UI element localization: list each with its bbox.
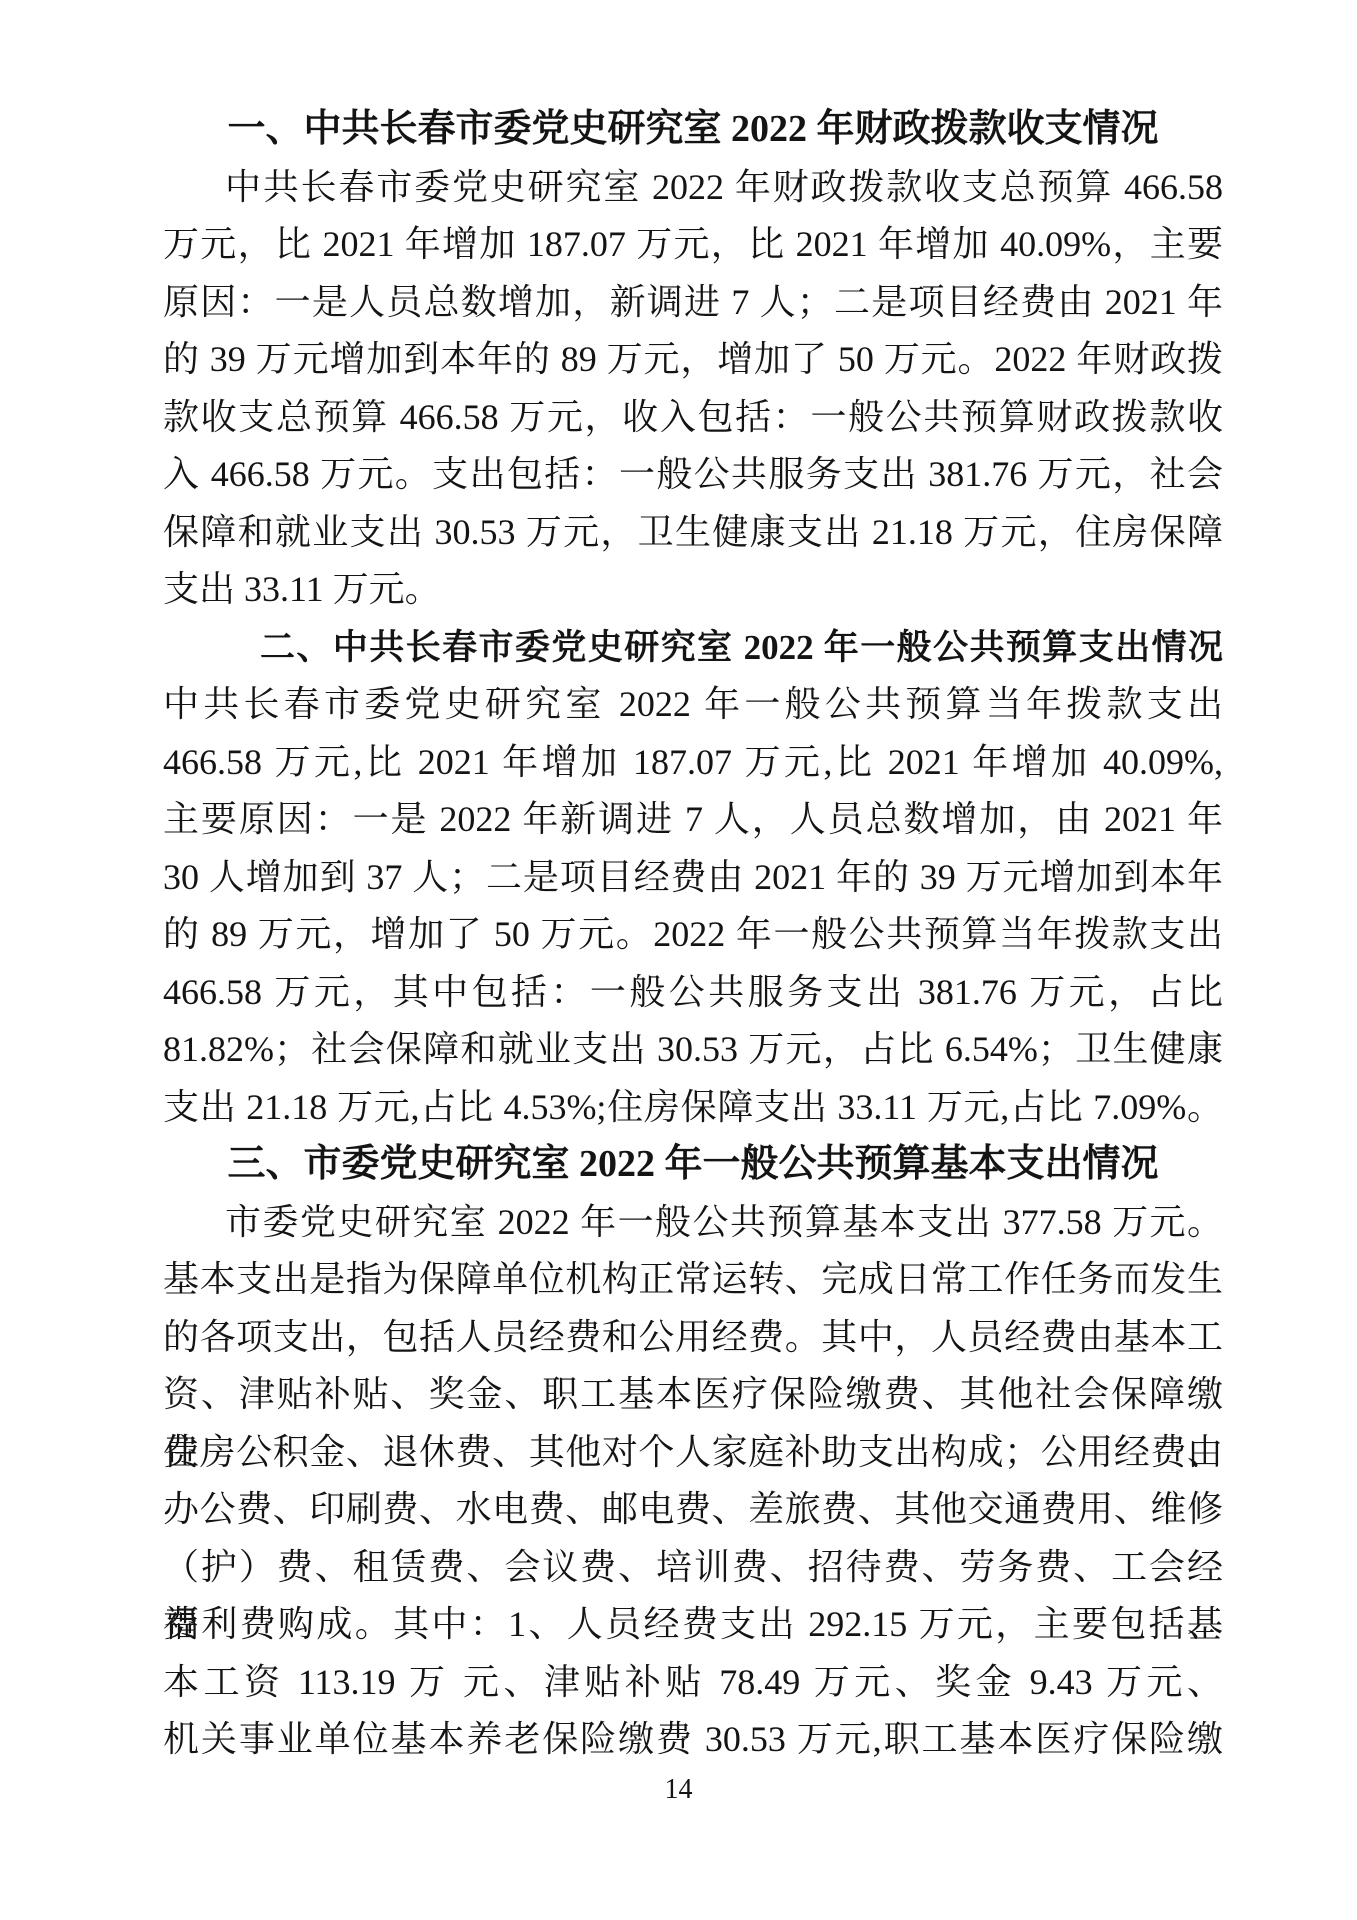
text-line: 支出 21.18 万元,占比 4.53%;住房保障支出 33.11 万元,占比 …	[163, 1079, 1223, 1137]
section-1-heading: 一、中共长春市委党史研究室 2022 年财政拨款收支情况	[163, 101, 1223, 159]
section-2-heading: 二、中共长春市委党史研究室 2022 年一般公共预算支出情况	[163, 619, 1223, 677]
text-line: 30 人增加到 37 人；二是项目经费由 2021 年的 39 万元增加到本年	[163, 849, 1223, 907]
text-line: 入 466.58 万元。支出包括：一般公共服务支出 381.76 万元，社会	[163, 446, 1223, 504]
text-line: 中共长春市委党史研究室 2022 年财政拨款收支总预算 466.58	[163, 159, 1223, 217]
text-line: 本工资 113.19 万 元、津贴补贴 78.49 万元、奖金 9.43 万元、	[163, 1654, 1223, 1712]
text-line: （护）费、租赁费、会议费、培训费、招待费、劳务费、工会经费、	[163, 1539, 1223, 1597]
text-line: 保障和就业支出 30.53 万元，卫生健康支出 21.18 万元，住房保障	[163, 504, 1223, 562]
text-line: 主要原因：一是 2022 年新调进 7 人，人员总数增加，由 2021 年	[163, 791, 1223, 849]
text-line: 的 89 万元，增加了 50 万元。2022 年一般公共预算当年拨款支出	[163, 906, 1223, 964]
text-line: 福利费购成。其中：1、人员经费支出 292.15 万元，主要包括基	[163, 1596, 1223, 1654]
text-line: 办公费、印刷费、水电费、邮电费、差旅费、其他交通费用、维修	[163, 1481, 1223, 1539]
text-line: 的 39 万元增加到本年的 89 万元，增加了 50 万元。2022 年财政拨	[163, 331, 1223, 389]
page-content: 一、中共长春市委党史研究室 2022 年财政拨款收支情况 中共长春市委党史研究室…	[163, 101, 1223, 1769]
text-line: 原因：一是人员总数增加，新调进 7 人；二是项目经费由 2021 年	[163, 274, 1223, 332]
text-line: 万元，比 2021 年增加 187.07 万元，比 2021 年增加 40.09…	[163, 216, 1223, 274]
text-line: 住房公积金、退休费、其他对个人家庭补助支出构成；公用经费由	[163, 1424, 1223, 1482]
text-line: 支出 33.11 万元。	[163, 561, 1223, 619]
document-page: 一、中共长春市委党史研究室 2022 年财政拨款收支情况 中共长春市委党史研究室…	[0, 0, 1357, 1920]
page-number: 14	[0, 1770, 1357, 1810]
text-line: 机关事业单位基本养老保险缴费 30.53 万元,职工基本医疗保险缴	[163, 1711, 1223, 1769]
text-line: 的各项支出，包括人员经费和公用经费。其中，人员经费由基本工	[163, 1309, 1223, 1367]
text-line: 中共长春市委党史研究室 2022 年一般公共预算当年拨款支出	[163, 676, 1223, 734]
section-3-heading: 三、市委党史研究室 2022 年一般公共预算基本支出情况	[163, 1136, 1223, 1194]
text-line: 466.58 万元，其中包括：一般公共服务支出 381.76 万元，占比	[163, 964, 1223, 1022]
text-line: 466.58 万元,比 2021 年增加 187.07 万元,比 2021 年增…	[163, 734, 1223, 792]
text-line: 款收支总预算 466.58 万元，收入包括：一般公共预算财政拨款收	[163, 389, 1223, 447]
text-line: 基本支出是指为保障单位机构正常运转、完成日常工作任务而发生	[163, 1251, 1223, 1309]
text-line: 81.82%；社会保障和就业支出 30.53 万元，占比 6.54%；卫生健康	[163, 1021, 1223, 1079]
text-line: 资、津贴补贴、奖金、职工基本医疗保险缴费、其他社会保障缴费、	[163, 1366, 1223, 1424]
text-line: 市委党史研究室 2022 年一般公共预算基本支出 377.58 万元。	[163, 1194, 1223, 1252]
